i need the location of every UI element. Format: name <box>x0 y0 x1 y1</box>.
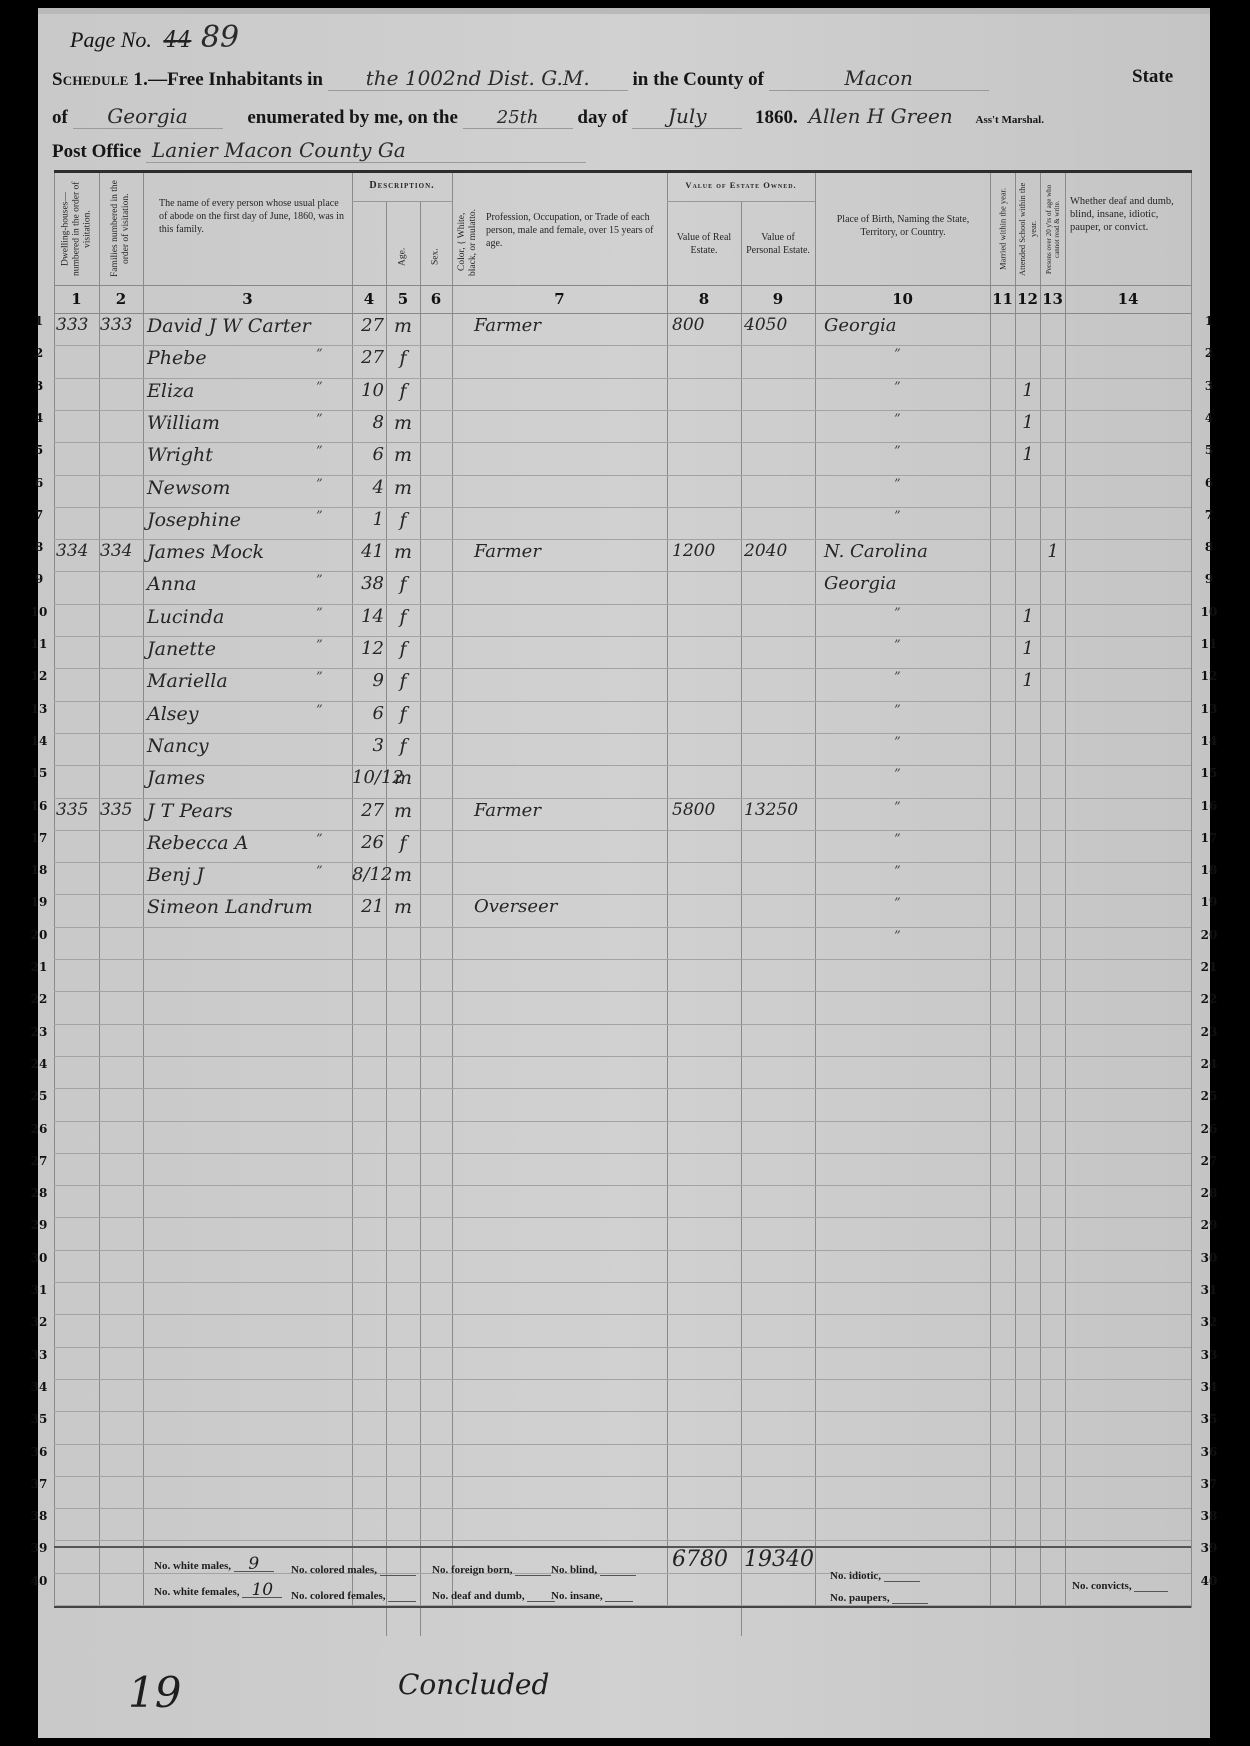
line-number-right: 35 <box>1194 1412 1224 1426</box>
summary-deaf-dumb: No. deaf and dumb, <box>432 1587 555 1602</box>
deaf-dumb-label: No. deaf and dumb, <box>432 1590 525 1602</box>
personal-estate-value: 4050 <box>744 315 814 335</box>
col-divider <box>1065 173 1066 1608</box>
line-number-right: 37 <box>1194 1477 1224 1491</box>
name-ditto-mark: ” <box>316 509 346 524</box>
day-of-label: day of <box>577 107 627 128</box>
line-number-left: 20 <box>24 928 54 942</box>
paupers-label: No. paupers, <box>830 1592 890 1604</box>
line-number-left: 14 <box>24 734 54 748</box>
col-number: 12 <box>1015 290 1040 308</box>
age: 9 <box>352 670 384 691</box>
row-line <box>54 1121 1191 1122</box>
sex: f <box>388 573 418 595</box>
line-number-left: 26 <box>24 1122 54 1136</box>
line-number-right: 33 <box>1194 1348 1224 1362</box>
sex: m <box>388 541 418 563</box>
line-number-left: 7 <box>24 508 54 522</box>
division-field: the 1002nd Dist. G.M. <box>328 66 628 91</box>
row-line <box>54 862 1191 863</box>
col-number: 7 <box>452 290 667 308</box>
occupation: Farmer <box>474 800 654 821</box>
age: 8 <box>352 412 384 433</box>
line-number-right: 25 <box>1194 1089 1224 1103</box>
post-office-label: Post Office <box>52 141 141 162</box>
birthplace: ” <box>894 832 1054 847</box>
line-number-right: 1 <box>1194 314 1224 328</box>
table-bottom-border <box>54 1606 1191 1608</box>
row-line <box>54 733 1191 734</box>
summary-white-males: No. white males, 9 <box>154 1557 274 1572</box>
person-name: James Mock <box>147 541 347 563</box>
sex: m <box>388 477 418 499</box>
white-females-value: 10 <box>242 1583 282 1598</box>
line-number-right: 27 <box>1194 1154 1224 1168</box>
row-line <box>54 1508 1191 1509</box>
row-line <box>54 1250 1191 1251</box>
age: 14 <box>352 606 384 627</box>
birthplace: ” <box>894 509 1054 524</box>
age: 27 <box>352 347 384 368</box>
row-line <box>54 1153 1191 1154</box>
cannot-read-mark: 1 <box>1041 541 1065 562</box>
summary-paupers: No. paupers, <box>830 1589 928 1604</box>
line-number-right: 31 <box>1194 1283 1224 1297</box>
person-name: David J W Carter <box>147 315 347 337</box>
row-line <box>54 991 1191 992</box>
col-divider <box>99 173 100 1608</box>
row-line <box>54 410 1191 411</box>
dwelling-number: 333 <box>56 315 100 335</box>
insane-label: No. insane, <box>551 1590 603 1602</box>
total-real-estate: 6780 <box>672 1547 728 1572</box>
col-9-heading: Value of Personal Estate. <box>743 231 813 257</box>
line-number-right: 34 <box>1194 1380 1224 1394</box>
row-line <box>54 378 1191 379</box>
age: 10 <box>352 380 384 401</box>
name-ditto-mark: ” <box>316 864 346 879</box>
col-number: 3 <box>143 290 352 308</box>
total-personal-estate: 19340 <box>744 1547 814 1572</box>
month-field: July <box>632 104 742 129</box>
name-ditto-mark: ” <box>316 703 346 718</box>
sex: m <box>388 444 418 466</box>
line-number-right: 15 <box>1194 766 1224 780</box>
attended-school-mark: 1 <box>1016 380 1040 401</box>
line-number-left: 16 <box>24 799 54 813</box>
white-males-label: No. white males, <box>154 1560 231 1572</box>
col-2-heading: Families numbered in the order of visita… <box>100 177 142 281</box>
line-number-left: 40 <box>24 1574 54 1588</box>
schedule-label: Schedule 1. <box>52 69 148 90</box>
real-estate-value: 1200 <box>672 541 740 561</box>
sex: m <box>388 800 418 822</box>
line-number-left: 30 <box>24 1251 54 1265</box>
sex: m <box>388 864 418 886</box>
col-divider <box>386 201 387 1636</box>
estate-group-heading: Value of Estate Owned. <box>667 179 815 192</box>
name-ditto-mark: ” <box>316 606 346 621</box>
page-number: Page No. 44 89 <box>70 20 239 55</box>
foreign-born-label: No. foreign born, <box>432 1564 512 1576</box>
line-number-left: 15 <box>24 766 54 780</box>
group-divider <box>667 201 815 202</box>
county-field: Macon <box>769 66 989 91</box>
col-number: 5 <box>386 290 420 308</box>
name-ditto-mark: ” <box>316 477 346 492</box>
col-6-heading: Color, { White, black, or mulatto. <box>453 203 483 281</box>
header-line-1: Schedule 1.—Free Inhabitants in the 1002… <box>52 66 1212 91</box>
row-line <box>54 668 1191 669</box>
line-number-left: 12 <box>24 669 54 683</box>
line-number-right: 6 <box>1194 476 1224 490</box>
row-line <box>54 1347 1191 1348</box>
sex: f <box>388 735 418 757</box>
age: 27 <box>352 800 384 821</box>
col-divider <box>1191 173 1192 1608</box>
row-line <box>54 1444 1191 1445</box>
col-divider <box>741 201 742 1636</box>
line-number-right: 26 <box>1194 1122 1224 1136</box>
line-number-right: 18 <box>1194 863 1224 877</box>
page-no-label: Page No. <box>70 27 152 52</box>
family-number: 333 <box>100 315 144 335</box>
col-divider <box>54 173 55 1608</box>
col-divider <box>452 173 453 1608</box>
line-number-left: 39 <box>24 1541 54 1555</box>
row-line <box>54 1088 1191 1089</box>
colored-males-label: No. colored males, <box>291 1564 377 1576</box>
occupation: Farmer <box>474 315 654 336</box>
line-number-right: 29 <box>1194 1218 1224 1232</box>
summary-idiotic: No. idiotic, <box>830 1567 920 1582</box>
attended-school-mark: 1 <box>1016 670 1040 691</box>
line-number-left: 36 <box>24 1445 54 1459</box>
occupation: Farmer <box>474 541 654 562</box>
line-number-right: 30 <box>1194 1251 1224 1265</box>
line-number-right: 14 <box>1194 734 1224 748</box>
row-line <box>54 636 1191 637</box>
row-line <box>54 1379 1191 1380</box>
state-field: Georgia <box>73 104 223 129</box>
line-number-right: 9 <box>1194 572 1224 586</box>
birthplace: ” <box>894 864 1054 879</box>
birthplace: Georgia <box>824 573 984 594</box>
line-number-left: 24 <box>24 1057 54 1071</box>
line-number-left: 32 <box>24 1315 54 1329</box>
age: 6 <box>352 444 384 465</box>
line-number-right: 21 <box>1194 960 1224 974</box>
personal-estate-value: 13250 <box>744 800 814 820</box>
blind-label: No. blind, <box>551 1564 597 1576</box>
occupation: Overseer <box>474 896 654 917</box>
birthplace: ” <box>894 800 1054 815</box>
line-number-right: 10 <box>1194 605 1224 619</box>
age: 10/12 <box>352 767 384 788</box>
row-line <box>54 475 1191 476</box>
col-number: 10 <box>815 290 990 308</box>
col-number: 6 <box>420 290 452 308</box>
header-line-2: of Georgia enumerated by me, on the 25th… <box>52 104 1044 129</box>
line-number-left: 11 <box>24 637 54 651</box>
col-13-heading: Persons over 20 y'rs of age who cannot r… <box>1041 177 1065 281</box>
real-estate-value: 800 <box>672 315 740 335</box>
line-number-right: 19 <box>1194 895 1224 909</box>
line-number-right: 20 <box>1194 928 1224 942</box>
col-divider <box>143 173 144 1608</box>
summary-insane: No. insane, <box>551 1587 633 1602</box>
name-ditto-mark: ” <box>316 412 346 427</box>
row-line <box>54 927 1191 928</box>
line-number-right: 12 <box>1194 669 1224 683</box>
summary-white-females: No. white females, 10 <box>154 1583 282 1598</box>
line-number-left: 4 <box>24 411 54 425</box>
page-top-edge <box>38 8 1210 14</box>
line-number-left: 21 <box>24 960 54 974</box>
line-number-right: 11 <box>1194 637 1224 651</box>
col-number: 11 <box>990 290 1015 308</box>
white-females-label: No. white females, <box>154 1586 240 1598</box>
row-line <box>54 539 1191 540</box>
line-number-left: 17 <box>24 831 54 845</box>
row-line <box>54 1024 1191 1025</box>
row-line <box>54 345 1191 346</box>
line-number-left: 5 <box>24 443 54 457</box>
line-number-right: 24 <box>1194 1057 1224 1071</box>
line-number-right: 36 <box>1194 1445 1224 1459</box>
birthplace: ” <box>894 767 1054 782</box>
birthplace: ” <box>894 347 1054 362</box>
post-office-field: Lanier Macon County Ga <box>146 138 586 163</box>
convicts-label: No. convicts, <box>1072 1580 1132 1592</box>
line-number-right: 39 <box>1194 1541 1224 1555</box>
age: 4 <box>352 477 384 498</box>
line-number-right: 17 <box>1194 831 1224 845</box>
line-number-right: 13 <box>1194 702 1224 716</box>
attended-school-mark: 1 <box>1016 412 1040 433</box>
row-line <box>54 1185 1191 1186</box>
header-divider <box>54 313 1191 314</box>
page-no-struck: 44 <box>163 28 191 53</box>
age: 38 <box>352 573 384 594</box>
line-number-left: 31 <box>24 1283 54 1297</box>
col-7-heading: Profession, Occupation, or Trade of each… <box>486 211 662 250</box>
sex: m <box>388 412 418 434</box>
col-1-heading: Dwelling-houses—numbered in the order of… <box>56 177 98 281</box>
sex: f <box>388 606 418 628</box>
row-line <box>54 1217 1191 1218</box>
col-8-heading: Value of Real Estate. <box>669 231 739 257</box>
row-line <box>54 1476 1191 1477</box>
page-no-value: 89 <box>201 20 239 55</box>
person-name: James <box>147 767 347 789</box>
birthplace: ” <box>894 477 1054 492</box>
age: 12 <box>352 638 384 659</box>
birthplace: ” <box>894 896 1054 911</box>
summary-convicts: No. convicts, <box>1072 1577 1168 1592</box>
birthplace: ” <box>894 703 1054 718</box>
row-line <box>54 1540 1191 1541</box>
col-divider <box>815 173 816 1608</box>
col-divider <box>667 173 668 1608</box>
row-line <box>54 894 1191 895</box>
row-line <box>54 1056 1191 1057</box>
line-number-left: 2 <box>24 346 54 360</box>
age: 6 <box>352 703 384 724</box>
row-line <box>54 571 1191 572</box>
col-number: 8 <box>667 290 741 308</box>
sex: m <box>388 767 418 789</box>
census-table: Description. Value of Estate Owned. Dwel… <box>54 170 1192 1605</box>
col-number: 4 <box>352 290 386 308</box>
row-line <box>54 604 1191 605</box>
white-males-value: 9 <box>234 1557 274 1572</box>
personal-estate-value: 2040 <box>744 541 814 561</box>
day-field: 25th <box>463 107 573 129</box>
row-line <box>54 959 1191 960</box>
line-number-left: 18 <box>24 863 54 877</box>
marshal-name: Allen H Green <box>809 104 953 128</box>
line-number-right: 38 <box>1194 1509 1224 1523</box>
sex: f <box>388 638 418 660</box>
header-line-3: Post Office Lanier Macon County Ga <box>52 138 586 163</box>
birthplace: N. Carolina <box>824 541 984 562</box>
summary-divider <box>54 1546 1191 1548</box>
colored-females-label: No. colored females, <box>291 1590 386 1602</box>
line-number-left: 28 <box>24 1186 54 1200</box>
line-number-right: 3 <box>1194 379 1224 393</box>
footer-number: 19 <box>128 1668 181 1717</box>
sex: f <box>388 832 418 854</box>
name-ditto-mark: ” <box>316 832 346 847</box>
age: 26 <box>352 832 384 853</box>
line-number-left: 34 <box>24 1380 54 1394</box>
row-line <box>54 442 1191 443</box>
summary-colored-females: No. colored females, <box>291 1587 416 1602</box>
line-number-right: 8 <box>1194 540 1224 554</box>
age: 8/12 <box>352 864 384 885</box>
summary-foreign-born: No. foreign born, <box>432 1561 551 1576</box>
name-ditto-mark: ” <box>316 347 346 362</box>
col-number: 2 <box>99 290 143 308</box>
of-label: of <box>52 107 68 128</box>
line-number-right: 5 <box>1194 443 1224 457</box>
sex: f <box>388 703 418 725</box>
sex: f <box>388 380 418 402</box>
sex: m <box>388 315 418 337</box>
col-11-heading: Married within the year. <box>991 177 1015 281</box>
line-number-left: 35 <box>24 1412 54 1426</box>
birthplace: ” <box>894 929 1054 944</box>
row-line <box>54 1314 1191 1315</box>
row-line <box>54 798 1191 799</box>
attended-school-mark: 1 <box>1016 638 1040 659</box>
col-10-heading: Place of Birth, Naming the State, Territ… <box>818 213 988 239</box>
description-group-heading: Description. <box>352 179 452 192</box>
col-number: 14 <box>1065 290 1191 308</box>
marshal-label: Ass't Marshal. <box>976 114 1044 126</box>
line-number-left: 10 <box>24 605 54 619</box>
line-number-left: 29 <box>24 1218 54 1232</box>
age: 3 <box>352 735 384 756</box>
age: 1 <box>352 509 384 530</box>
name-ditto-mark: ” <box>316 638 346 653</box>
sex: f <box>388 347 418 369</box>
row-line <box>54 507 1191 508</box>
sex: f <box>388 509 418 531</box>
line-number-left: 13 <box>24 702 54 716</box>
age: 21 <box>352 896 384 917</box>
name-ditto-mark: ” <box>316 380 346 395</box>
name-ditto-mark: ” <box>316 444 346 459</box>
summary-colored-males: No. colored males, <box>291 1561 416 1576</box>
col-3-heading: The name of every person whose usual pla… <box>159 197 344 236</box>
col-12-heading: Attended School within the year. <box>1016 177 1040 281</box>
name-ditto-mark: ” <box>316 670 346 685</box>
footer-concluded-note: Concluded <box>398 1668 549 1701</box>
line-number-left: 3 <box>24 379 54 393</box>
row-line <box>54 830 1191 831</box>
col-divider <box>420 201 421 1636</box>
line-number-right: 2 <box>1194 346 1224 360</box>
age: 41 <box>352 541 384 562</box>
year-label: 1860. <box>755 107 798 128</box>
name-ditto-mark: ” <box>316 573 346 588</box>
col-number: 9 <box>741 290 815 308</box>
age: 27 <box>352 315 384 336</box>
person-name: J T Pears <box>147 800 347 822</box>
line-number-left: 33 <box>24 1348 54 1362</box>
line-number-left: 37 <box>24 1477 54 1491</box>
sex: f <box>388 670 418 692</box>
line-number-left: 27 <box>24 1154 54 1168</box>
birthplace: Georgia <box>824 315 984 336</box>
line-number-right: 7 <box>1194 508 1224 522</box>
attended-school-mark: 1 <box>1016 444 1040 465</box>
schedule-title: —Free Inhabitants in <box>148 69 323 90</box>
person-name: Simeon Landrum <box>147 896 347 918</box>
col-number: 1 <box>54 290 99 308</box>
sex: m <box>388 896 418 918</box>
census-page: Page No. 44 89 Schedule 1.—Free Inhabita… <box>38 8 1210 1738</box>
family-number: 335 <box>100 800 144 820</box>
line-number-left: 1 <box>24 314 54 328</box>
summary-blind: No. blind, <box>551 1561 636 1576</box>
line-number-right: 28 <box>1194 1186 1224 1200</box>
state-label: State <box>1132 66 1173 88</box>
person-name: Nancy <box>147 735 347 757</box>
real-estate-value: 5800 <box>672 800 740 820</box>
line-number-right: 22 <box>1194 992 1224 1006</box>
dwelling-number: 334 <box>56 541 100 561</box>
header-divider <box>54 285 1191 286</box>
row-line <box>54 765 1191 766</box>
line-number-left: 9 <box>24 572 54 586</box>
line-number-right: 23 <box>1194 1025 1224 1039</box>
col-5-heading: Sex. <box>421 233 451 281</box>
line-number-right: 16 <box>1194 799 1224 813</box>
family-number: 334 <box>100 541 144 561</box>
row-line <box>54 1282 1191 1283</box>
county-label: in the County of <box>632 69 763 90</box>
group-divider <box>352 201 452 202</box>
dwelling-number: 335 <box>56 800 100 820</box>
birthplace: ” <box>894 735 1054 750</box>
col-number: 13 <box>1040 290 1065 308</box>
col-14-heading: Whether deaf and dumb, blind, insane, id… <box>1070 195 1188 234</box>
line-number-right: 40 <box>1194 1574 1224 1588</box>
col-4-heading: Age. <box>387 233 419 281</box>
